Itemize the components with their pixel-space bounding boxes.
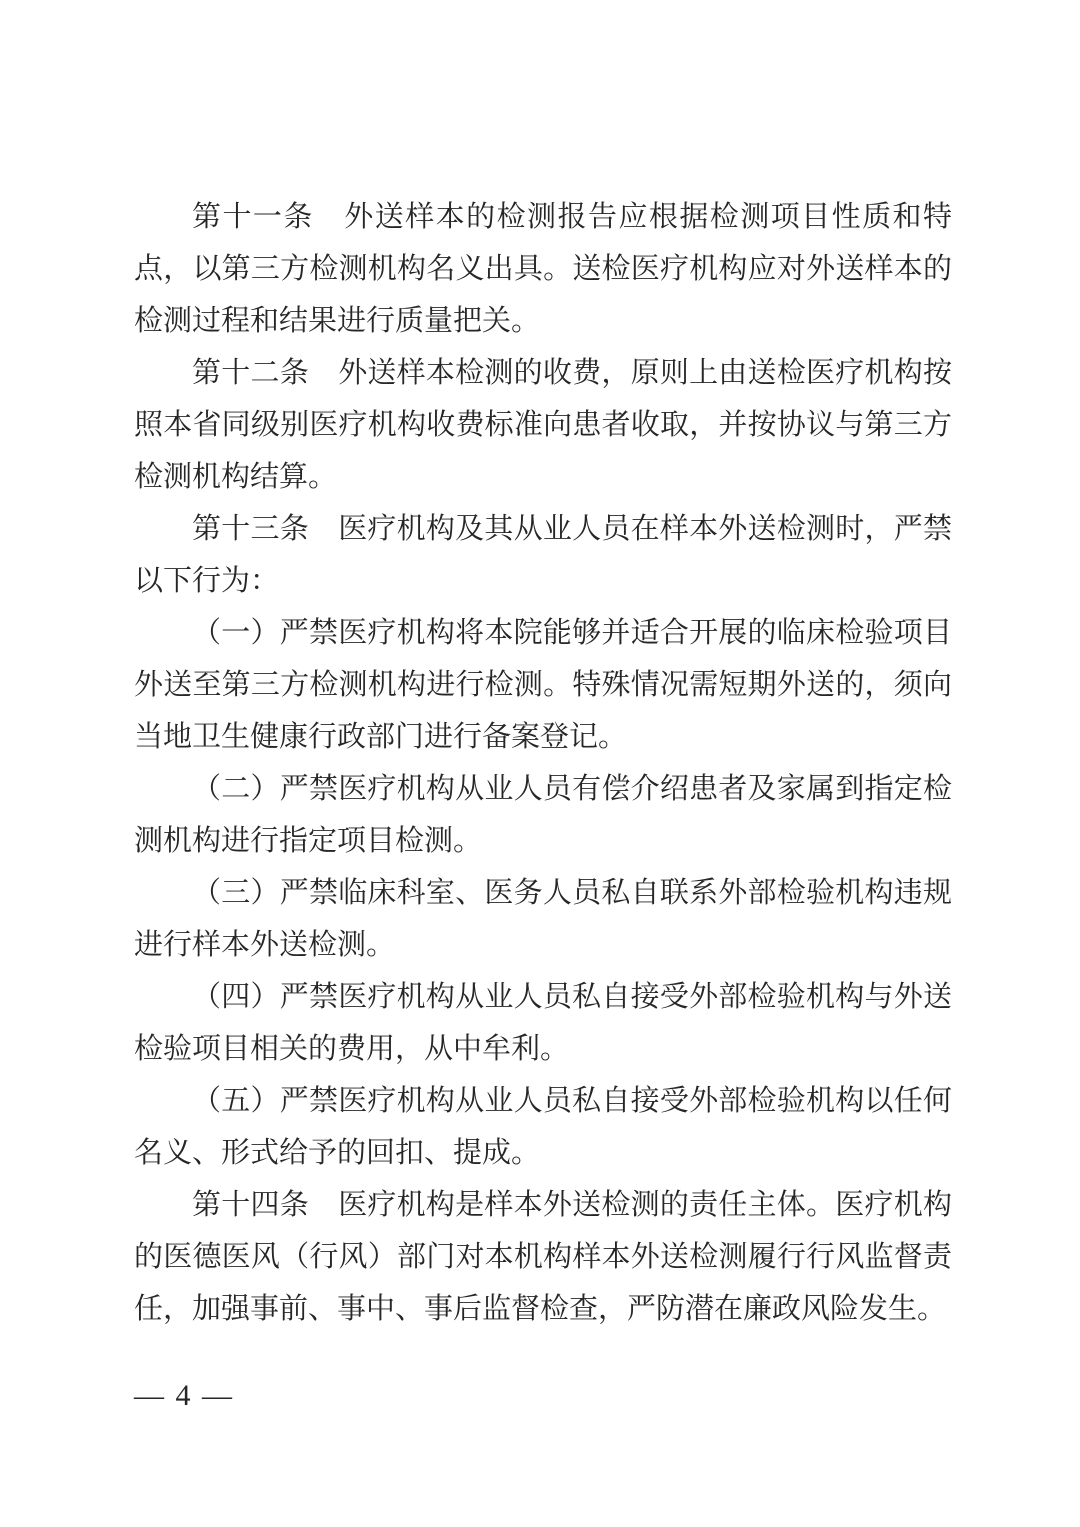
article-13-paragraph: 第十三条 医疗机构及其从业人员在样本外送检测时，严禁以下行为： xyxy=(134,503,952,607)
article-12-paragraph: 第十二条 外送样本检测的收费，原则上由送检医疗机构按照本省同级别医疗机构收费标准… xyxy=(134,347,952,503)
article-11-paragraph: 第十一条 外送样本的检测报告应根据检测项目性质和特点，以第三方检测机构名义出具。… xyxy=(134,191,952,347)
prohibited-item-5: （五）严禁医疗机构从业人员私自接受外部检验机构以任何名义、形式给予的回扣、提成。 xyxy=(134,1075,952,1179)
prohibited-item-4: （四）严禁医疗机构从业人员私自接受外部检验机构与外送检验项目相关的费用，从中牟利… xyxy=(134,971,952,1075)
document-body: 第十一条 外送样本的检测报告应根据检测项目性质和特点，以第三方检测机构名义出具。… xyxy=(134,191,952,1335)
prohibited-item-1: （一）严禁医疗机构将本院能够并适合开展的临床检验项目外送至第三方检测机构进行检测… xyxy=(134,607,952,763)
document-page: 第十一条 外送样本的检测报告应根据检测项目性质和特点，以第三方检测机构名义出具。… xyxy=(0,0,1080,1527)
prohibited-item-2: （二）严禁医疗机构从业人员有偿介绍患者及家属到指定检测机构进行指定项目检测。 xyxy=(134,763,952,867)
page-number: — 4 — xyxy=(134,1378,234,1414)
prohibited-item-3: （三）严禁临床科室、医务人员私自联系外部检验机构违规进行样本外送检测。 xyxy=(134,867,952,971)
article-14-paragraph: 第十四条 医疗机构是样本外送检测的责任主体。医疗机构的医德医风（行风）部门对本机… xyxy=(134,1179,952,1335)
